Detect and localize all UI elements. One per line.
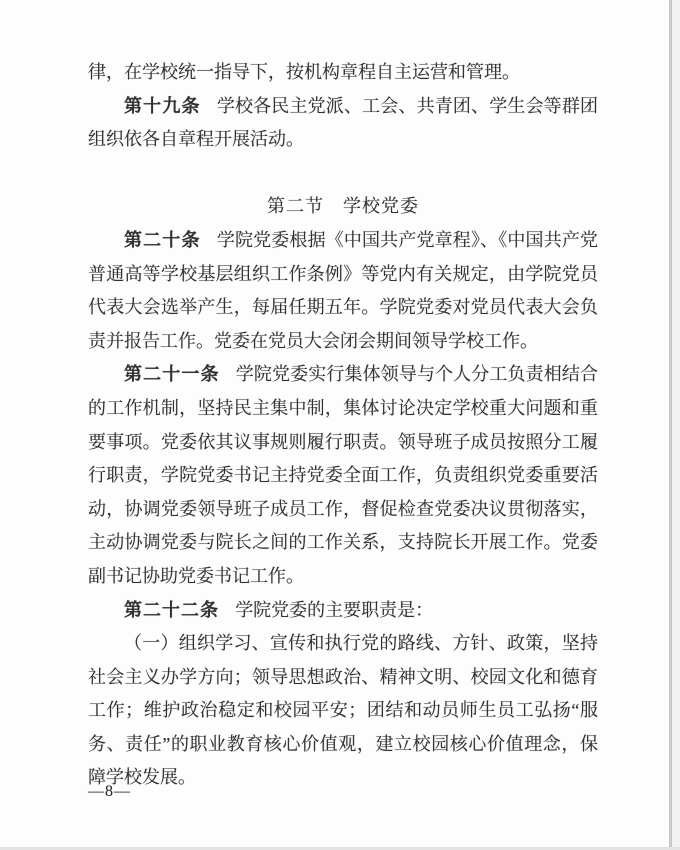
article-label: 第二十条 xyxy=(124,230,201,250)
document-body: 律，在学校统一指导下，按机构章程自主运营和管理。第十九条学校各民主党派、工会、共… xyxy=(88,56,598,795)
article-label: 第十九条 xyxy=(124,96,201,116)
page-right-margin xyxy=(672,0,680,850)
article-label: 第二十二条 xyxy=(124,600,219,620)
article-text: 学院党委的主要职责是： xyxy=(235,600,433,620)
page-number: —8— xyxy=(88,783,131,801)
paragraph: （一）组织学习、宣传和执行党的路线、方针、政策，坚持社会主义办学方向；领导思想政… xyxy=(88,627,598,795)
section-heading: 第二节 学校党委 xyxy=(88,190,598,224)
page-right-edge xyxy=(669,0,672,850)
paragraph: 第二十条学院党委根据《中国共产党章程》、《中国共产党普通高等学校基层组织工作条例… xyxy=(88,224,598,358)
paragraph: 第二十二条学院党委的主要职责是： xyxy=(88,594,598,628)
article-text: 学院党委实行集体领导与个人分工负责相结合的工作机制，坚持民主集中制，集体讨论决定… xyxy=(88,364,598,586)
paragraph: 律，在学校统一指导下，按机构章程自主运营和管理。 xyxy=(88,56,598,90)
paragraph: 第十九条学校各民主党派、工会、共青团、学生会等群团组织依各自章程开展活动。 xyxy=(88,90,598,157)
scanned-document-page: 律，在学校统一指导下，按机构章程自主运营和管理。第十九条学校各民主党派、工会、共… xyxy=(0,0,680,850)
paragraph: 第二十一条学院党委实行集体领导与个人分工负责相结合的工作机制，坚持民主集中制，集… xyxy=(88,358,598,593)
article-label: 第二十一条 xyxy=(124,364,220,384)
